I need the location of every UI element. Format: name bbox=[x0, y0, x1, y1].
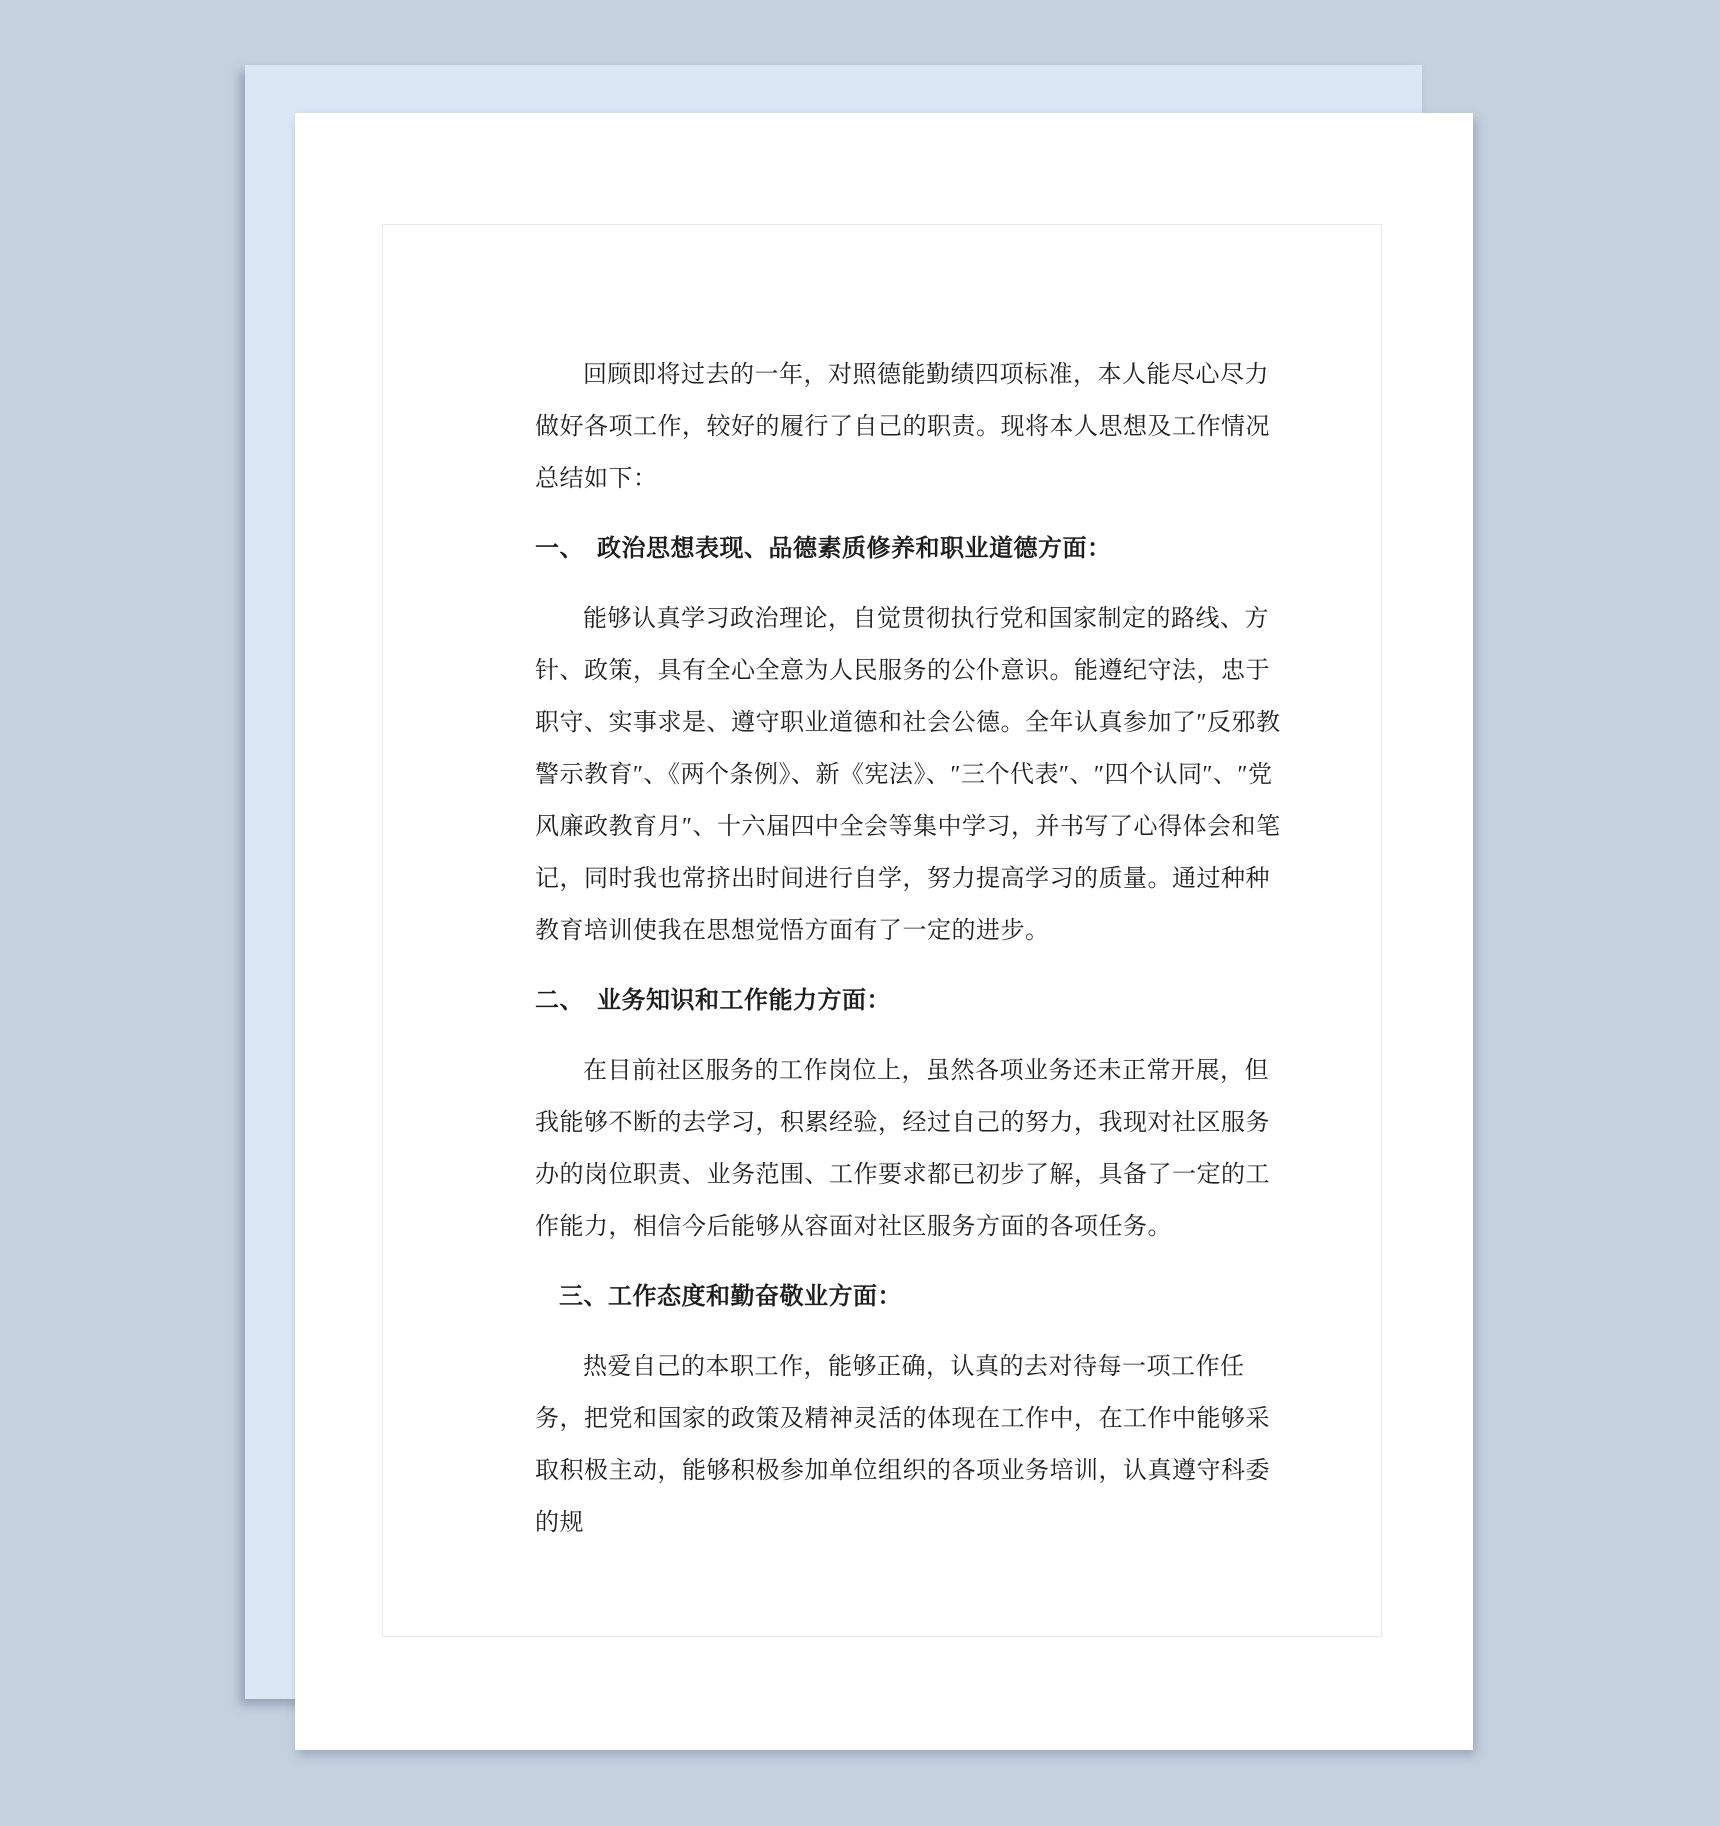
section-heading-3: 三、工作态度和勤奋敬业方面： bbox=[535, 1271, 1283, 1323]
paragraph-section-3: 热爱自己的本职工作，能够正确，认真的去对待每一项工作任务，把党和国家的政策及精神… bbox=[535, 1341, 1283, 1549]
section-2-title: 业务知识和工作能力方面： bbox=[597, 988, 891, 1014]
section-heading-2: 二、业务知识和工作能力方面： bbox=[535, 975, 1283, 1027]
canvas-background: 回顾即将过去的一年，对照德能勤绩四项标准，本人能尽心尽力做好各项工作，较好的履行… bbox=[0, 0, 1720, 1826]
section-1-number: 一、 bbox=[535, 536, 584, 562]
paragraph-section-1: 能够认真学习政治理论，自觉贯彻执行党和国家制定的路线、方针、政策，具有全心全意为… bbox=[535, 593, 1283, 957]
section-2-number: 二、 bbox=[535, 988, 584, 1014]
document-page: 回顾即将过去的一年，对照德能勤绩四项标准，本人能尽心尽力做好各项工作，较好的履行… bbox=[295, 113, 1473, 1750]
section-3-title: 工作态度和勤奋敬业方面： bbox=[608, 1284, 902, 1310]
section-heading-1: 一、政治思想表现、品德素质修养和职业道德方面： bbox=[535, 523, 1283, 575]
section-3-number: 三、 bbox=[559, 1284, 608, 1310]
paragraph-section-2: 在目前社区服务的工作岗位上，虽然各项业务还未正常开展，但我能够不断的去学习，积累… bbox=[535, 1045, 1283, 1253]
paragraph-intro: 回顾即将过去的一年，对照德能勤绩四项标准，本人能尽心尽力做好各项工作，较好的履行… bbox=[535, 349, 1283, 505]
section-1-title: 政治思想表现、品德素质修养和职业道德方面： bbox=[597, 536, 1112, 562]
document-body: 回顾即将过去的一年，对照德能勤绩四项标准，本人能尽心尽力做好各项工作，较好的履行… bbox=[535, 349, 1283, 1567]
